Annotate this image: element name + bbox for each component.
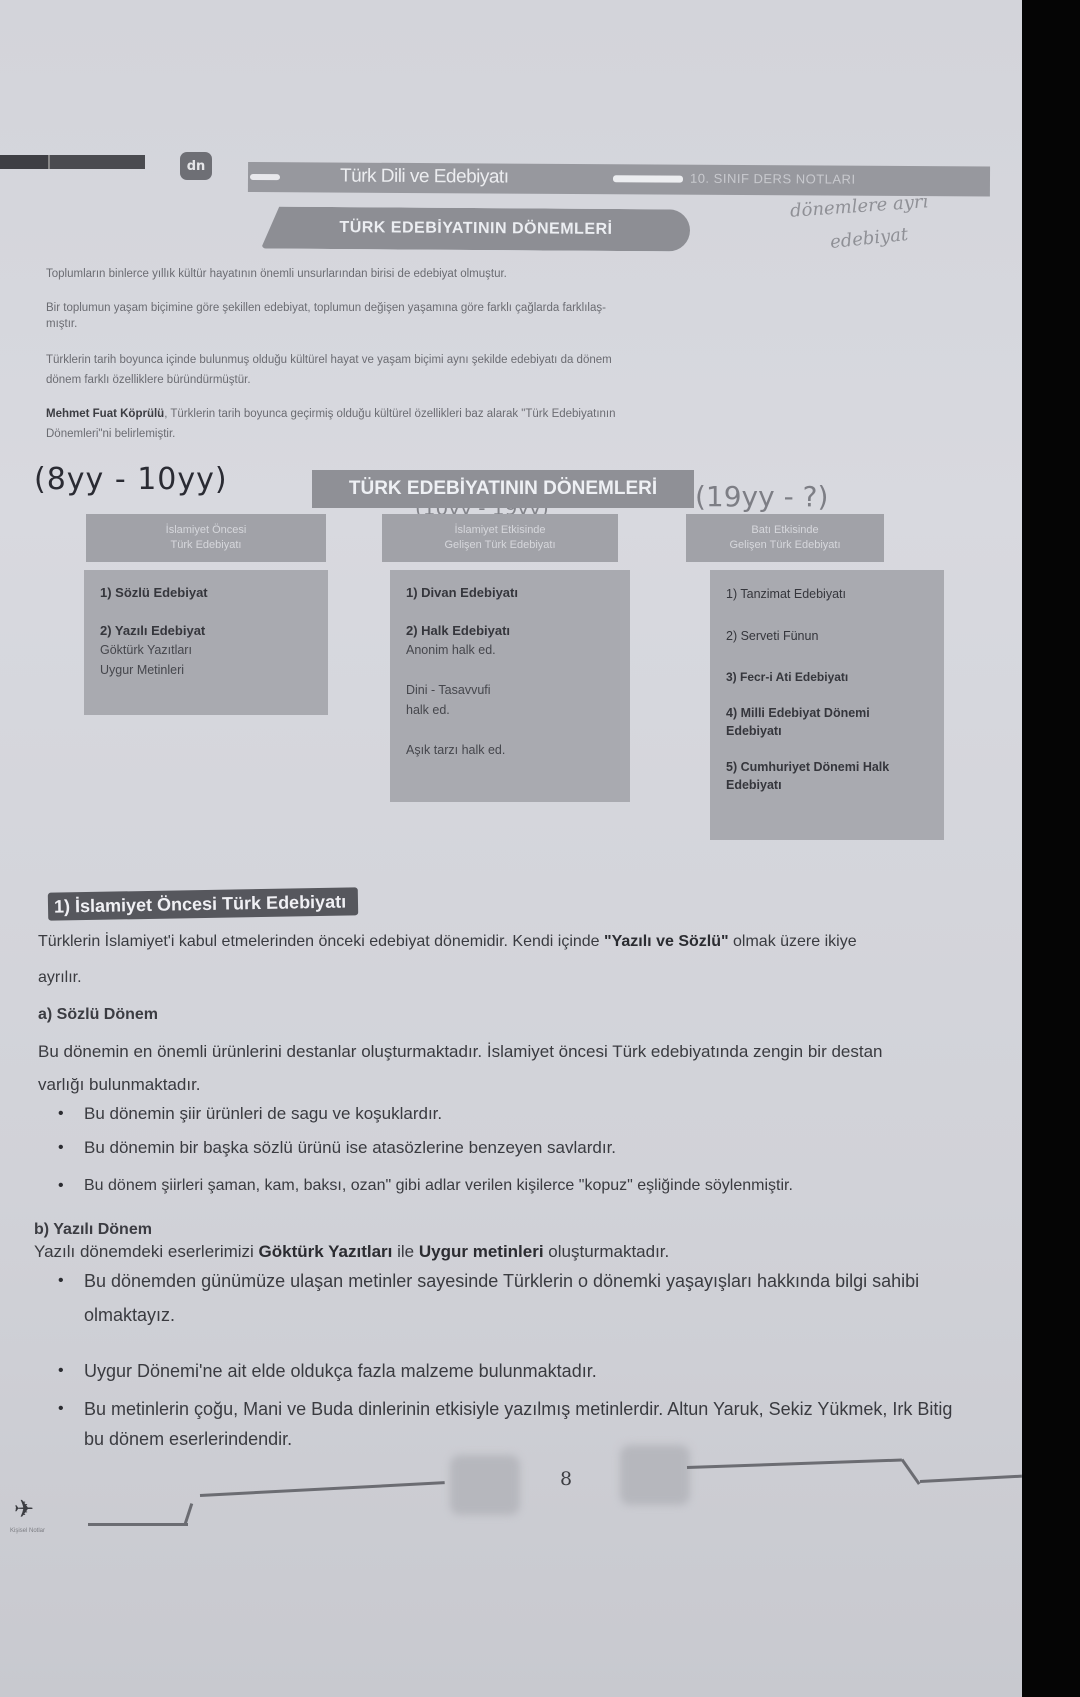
column-heading-line-2: Türk Edebiyatı [86,538,326,553]
period-item: Aşık tarzı halk ed. [406,740,614,760]
section-title-banner: TÜRK EDEBİYATININ DÖNEMLERİ [262,207,690,252]
column-heading-line-1: Batı Etkisinde [686,523,884,538]
page-smudge [620,1445,690,1505]
period-item-sub: Anonim halk ed. [406,640,614,660]
section-intro-bold: "Yazılı ve Sözlü" [604,933,729,950]
written-bullet-line-2: bu dönem eserlerindendir. [58,1428,1058,1450]
oral-bullet-text: Bu dönem şiirleri şaman, kam, baksı, oza… [58,1175,1058,1197]
oral-bullet-text: Bu dönemin bir başka sözlü ürünü ise ata… [58,1137,1058,1159]
column-heading-line-2: Gelişen Türk Edebiyatı [686,538,884,553]
period-item: 2) Yazılı Edebiyat Göktürk Yazıtları Uyg… [100,622,312,680]
section-intro-text: Türklerin İslamiyet'i kabul etmelerinden… [38,933,604,950]
written-text: Yazılı dönemdeki eserlerimizi Göktürk Ya… [34,1242,1024,1262]
written-bullet-line-1: Bu metinlerin çoğu, Mani ve Buda dinleri… [58,1398,1058,1420]
handwritten-note-1: dönemlere ayrı [789,191,928,222]
column-body-islamic: 1) Divan Edebiyatı 2) Halk Edebiyatı Ano… [390,570,630,802]
footer-line [184,1503,194,1525]
column-body-western: 1) Tanzimat Edebiyatı 2) Serveti Fünun 3… [710,570,944,840]
column-heading-line-2: Gelişen Türk Edebiyatı [382,538,618,553]
written-bullet-line-1: Uygur Dönemi'ne ait elde oldukça fazla m… [58,1360,1058,1382]
photo-background-edge [1022,0,1080,1697]
footer-brand: Kişisel Notlar [10,1528,45,1534]
oral-period-heading: a) Sözlü Dönem [38,1005,1028,1025]
written-bullet: Bu dönemden günümüze ulaşan metinler say… [58,1270,1058,1326]
section-heading-tag: 1) İslamiyet Öncesi Türk Edebiyatı [48,887,359,920]
written-bullet: Bu metinlerin çoğu, Mani ve Buda dinleri… [58,1398,1058,1450]
period-item-sub: halk ed. [406,700,614,720]
period-item: 5) Cumhuriyet Dönemi Halk Edebiyatı [726,758,928,794]
period-item-sub: Uygur Metinleri [100,660,312,680]
handwritten-note-2: edebiyat [829,224,909,253]
period-item: 2) Halk Edebiyatı Anonim halk ed. [406,622,614,660]
column-heading-line-1: İslamiyet Öncesi [86,523,326,538]
section-intro-line-2: ayrılır. [38,968,1028,988]
document-page: dn Türk Dili ve Edebiyatı 10. SINIF DERS… [0,0,1022,1697]
section-title: TÜRK EDEBİYATININ DÖNEMLERİ [262,207,690,252]
column-heading-islamic: İslamiyet Etkisinde Gelişen Türk Edebiya… [382,514,618,562]
section-intro-text-end: olmak üzere ikiye [729,933,857,950]
period-item: 1) Tanzimat Edebiyatı [726,584,928,604]
period-item: Dini - Tasavvufi halk ed. [406,680,614,720]
column-body-pre-islamic: 1) Sözlü Edebiyat 2) Yazılı Edebiyat Gök… [84,570,328,715]
oral-text-line-2: varlığı bulunmaktadır. [38,1075,1028,1095]
period-item-title: 2) Yazılı Edebiyat [100,622,312,640]
column-heading-line-1: İslamiyet Etkisinde [382,523,618,538]
period-item-sub: Dini - Tasavvufi [406,680,614,700]
written-bullet-line-2: olmaktayız. [58,1304,1058,1326]
period-item: 4) Milli Edebiyat Dönemi Edebiyatı [726,704,928,740]
header-left-bar-segment [0,155,50,169]
oral-bullet: Bu dönemin şiir ürünleri de sagu ve koşu… [58,1103,1058,1125]
footer-line [88,1523,188,1526]
period-item-title: 1) Sözlü Edebiyat [100,584,312,602]
handwritten-annotation-left: (8yy - 10yy) [34,462,228,497]
written-period-heading: b) Yazılı Dönem [34,1220,1024,1240]
column-heading-pre-islamic: İslamiyet Öncesi Türk Edebiyatı [86,514,326,562]
handwritten-annotation-right: (19yy - ?) [695,480,828,513]
column-heading-western: Batı Etkisinde Gelişen Türk Edebiyatı [686,514,884,562]
period-item-sub: Göktürk Yazıtları [100,640,312,660]
intro-paragraph-3-line-2: dönem farklı özelliklere büründürmüştür. [46,370,946,390]
written-bullet: Uygur Dönemi'ne ait elde oldukça fazla m… [58,1360,1058,1382]
course-title: Türk Dili ve Edebiyatı [340,163,509,192]
period-item: 1) Sözlü Edebiyat [100,584,312,602]
period-item: 3) Fecr-i Ati Edebiyatı [726,668,928,686]
page-number: 8 [560,1468,572,1490]
oral-bullet-text: Bu dönemin şiir ürünleri de sagu ve koşu… [58,1103,1058,1125]
footer-line [901,1459,921,1485]
intro-paragraph-4-line-2: Dönemleri"ni belirlemiştir. [46,424,946,444]
intro-paragraph-2-line-2: mıştır. [46,314,946,334]
period-item: 1) Divan Edebiyatı [406,584,614,602]
period-item-title: 3) Fecr-i Ati Edebiyatı [726,668,928,686]
header-band: Türk Dili ve Edebiyatı 10. SINIF DERS NO… [248,162,990,197]
intro-paragraph-1: Toplumların binlerce yıllık kültür hayat… [46,264,946,284]
period-item-title: 2) Serveti Fünun [726,626,928,646]
header-dash-decoration-2 [613,175,683,182]
written-text-pre: Yazılı dönemdeki eserlerimizi [34,1242,259,1261]
written-text-bold-1: Göktürk Yazıtları [259,1242,393,1261]
written-text-bold-2: Uygur metinleri [419,1242,544,1261]
written-text-post: oluşturmaktadır. [544,1242,670,1261]
oral-text-line-1: Bu dönemin en önemli ürünlerini destanla… [38,1042,1028,1062]
period-item-title: 4) Milli Edebiyat Dönemi Edebiyatı [726,704,928,740]
notes-label: 10. SINIF DERS NOTLARI [690,165,856,194]
intro-paragraph-4-line-1: Mehmet Fuat Köprülü, Türklerin tarih boy… [46,404,946,424]
intro-paragraph-3-line-1: Türklerin tarih boyunca içinde bulunmuş … [46,350,946,370]
period-item-title: 5) Cumhuriyet Dönemi Halk Edebiyatı [726,758,928,794]
header-dash-decoration [250,174,280,180]
diagram-title: TÜRK EDEBİYATININ DÖNEMLERİ [312,470,694,508]
period-item-sub: Aşık tarzı halk ed. [406,740,614,760]
oral-bullet: Bu dönemin bir başka sözlü ürünü ise ata… [58,1137,1058,1159]
intro-paragraph-4-text: , Türklerin tarih boyunca geçirmiş olduğ… [164,408,615,420]
footer-line [920,1475,1022,1483]
written-text-mid: ile [392,1242,418,1261]
period-item-title: 1) Tanzimat Edebiyatı [726,584,928,604]
author-name: Mehmet Fuat Köprülü [46,408,164,420]
publisher-logo-icon: dn [180,152,212,180]
oral-bullet: Bu dönem şiirleri şaman, kam, baksı, oza… [58,1175,1058,1197]
period-item-title: 1) Divan Edebiyatı [406,584,614,602]
written-bullet-line-1: Bu dönemden günümüze ulaşan metinler say… [58,1270,1058,1292]
section-intro-line-1: Türklerin İslamiyet'i kabul etmelerinden… [38,932,1028,952]
period-item-title: 2) Halk Edebiyatı [406,622,614,640]
period-item: 2) Serveti Fünun [726,626,928,646]
footer-line [200,1481,445,1497]
brand-logo-icon: ✈ [14,1495,34,1523]
page-smudge [450,1455,520,1515]
footer-line [687,1458,902,1469]
